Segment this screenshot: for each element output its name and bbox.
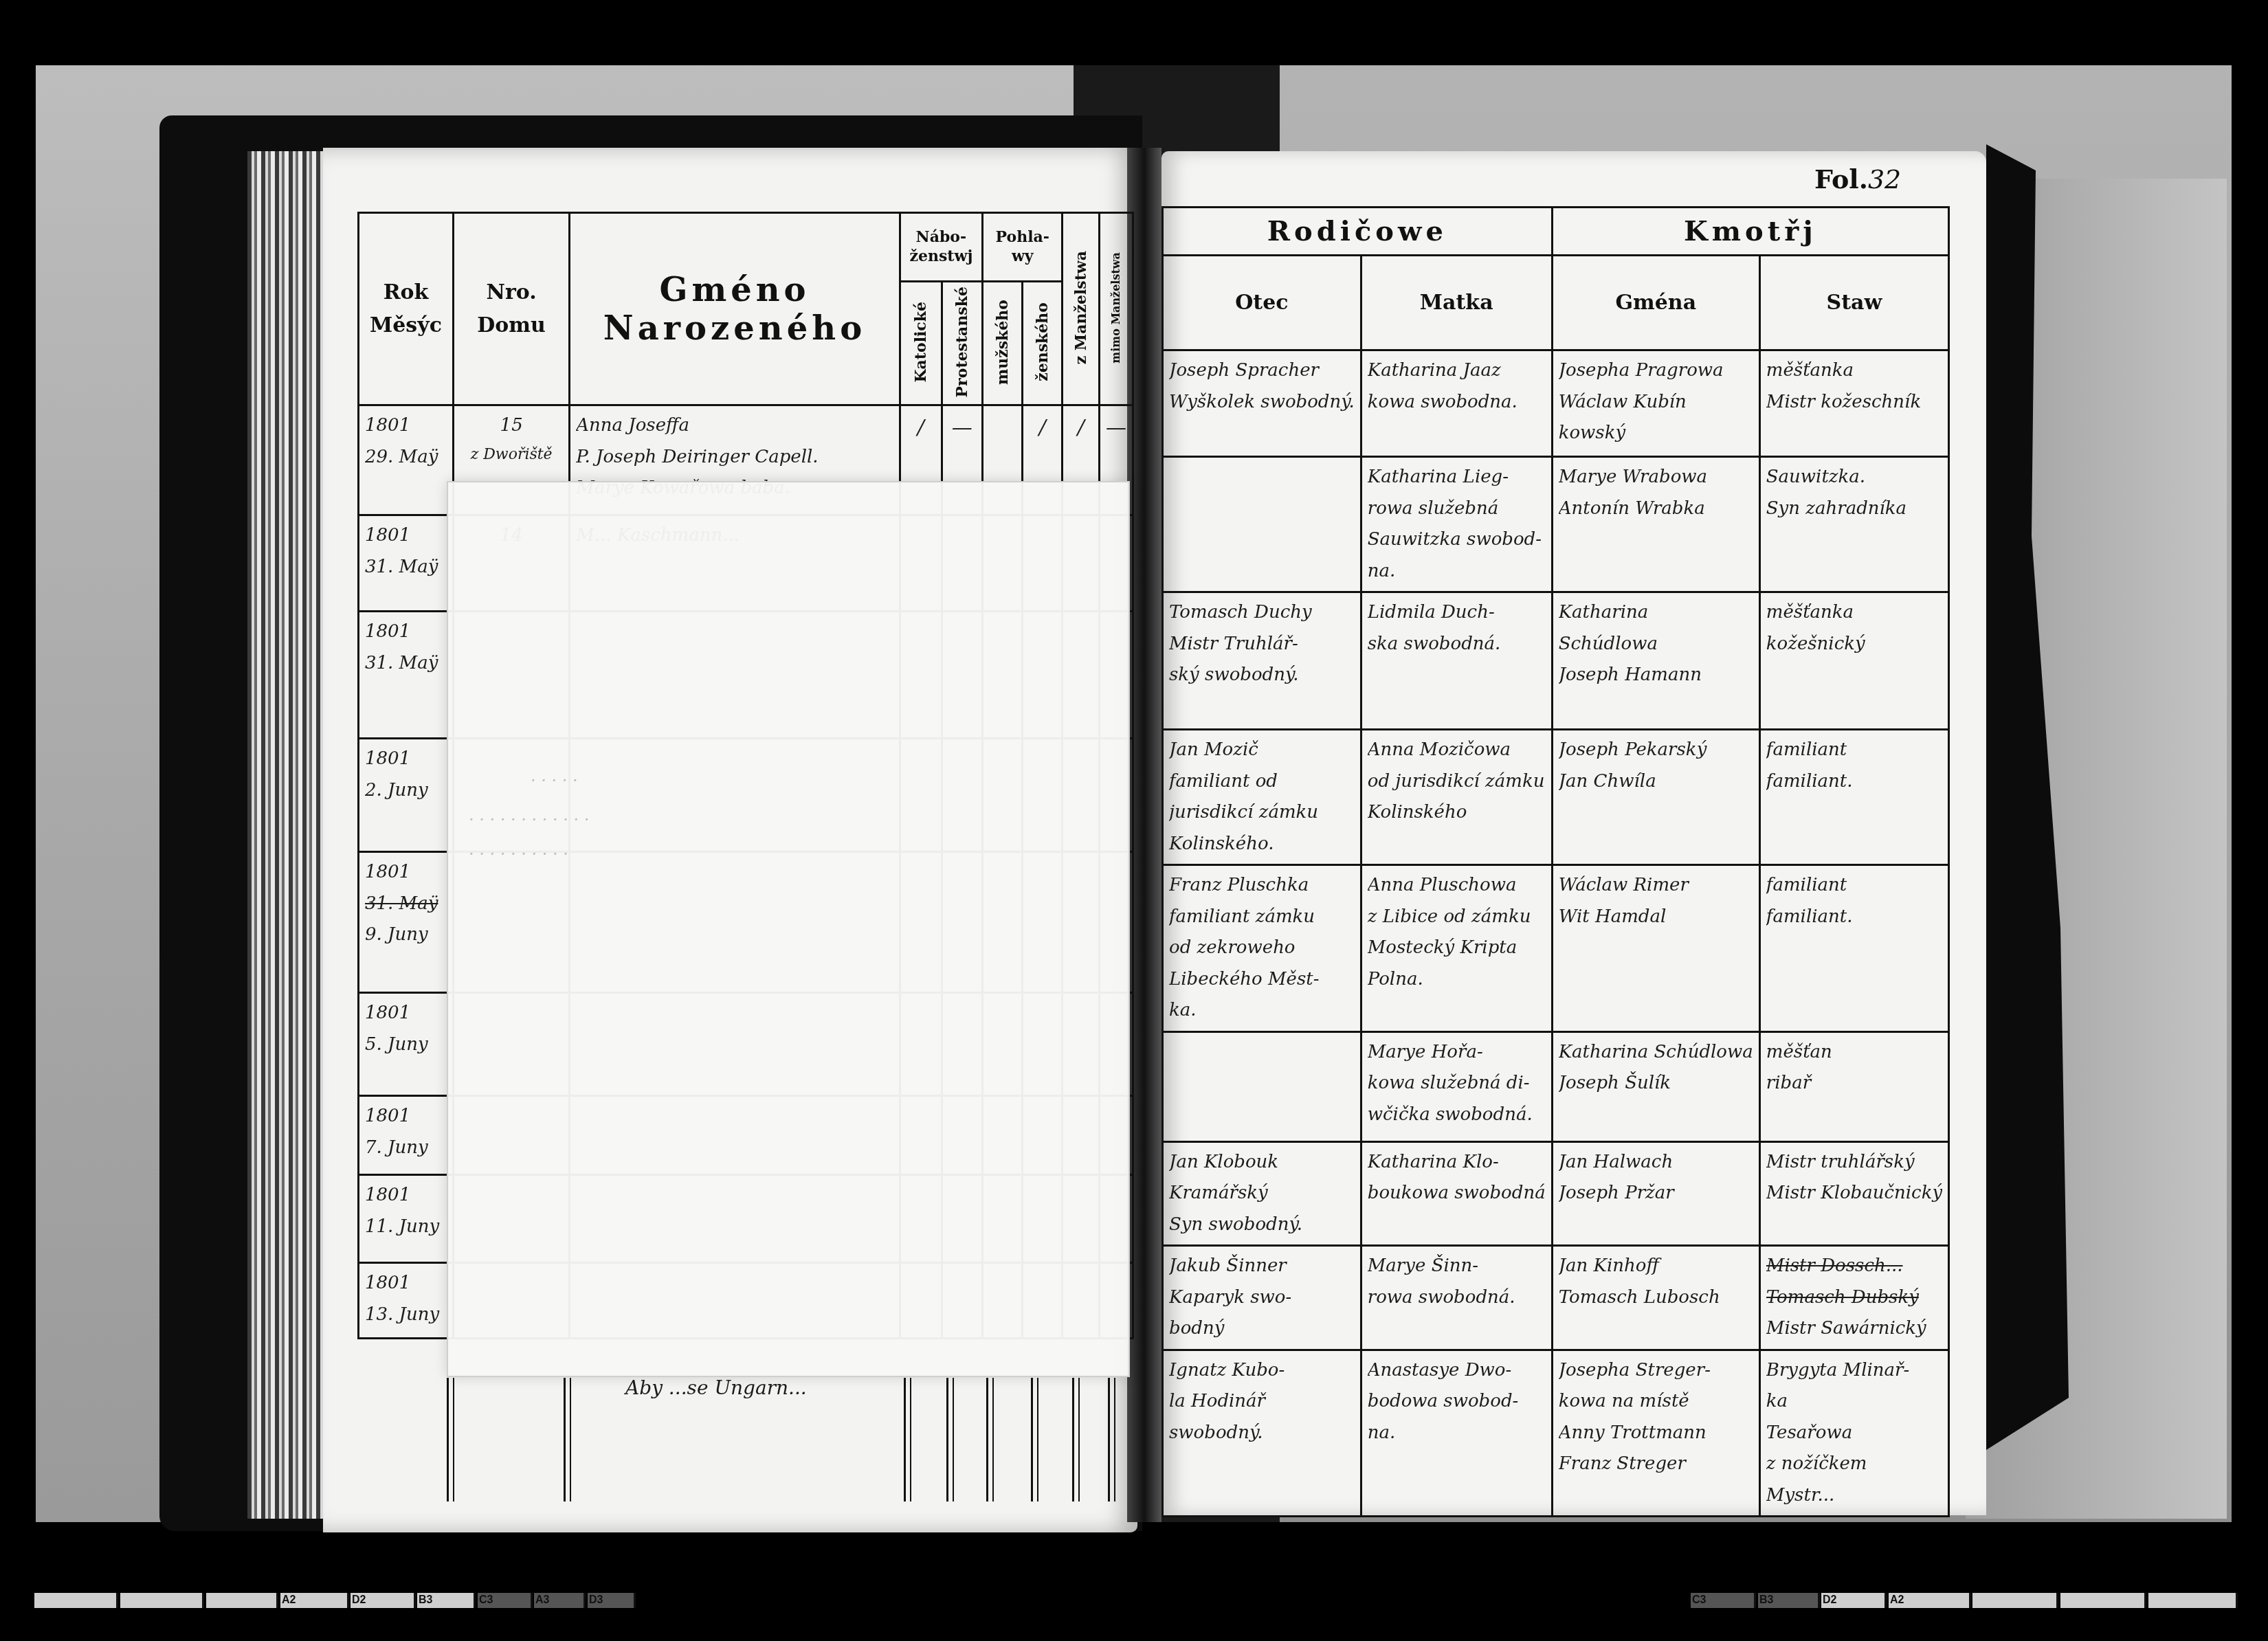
entry-year: 1801 <box>365 998 447 1029</box>
entry-line: Jan Kinhoff <box>1559 1251 1753 1282</box>
entry-line: Mystr... <box>1766 1480 1942 1512</box>
header-protestant-text: Protestanské <box>953 287 971 397</box>
entry-line: bodowa swobod- <box>1368 1386 1546 1418</box>
entry-line: Franz Streger <box>1559 1449 1753 1480</box>
strip-cell: D3 <box>588 1593 636 1608</box>
entry-line: Mistr Klobaučnický <box>1766 1178 1942 1209</box>
entry-line: ka. <box>1169 995 1355 1027</box>
cell-godparent-status: Sauwitzka.Syn zahradníka <box>1759 457 1948 592</box>
entry-line: z nožíčkem <box>1766 1449 1942 1480</box>
entry-line: Katharina Klo- <box>1368 1147 1546 1179</box>
entry-year: 1801 <box>365 857 447 889</box>
entry-line: jurisdikcí zámku <box>1169 797 1355 829</box>
entry-line: kowský <box>1559 418 1753 449</box>
entry-line: Anna Pluschowa <box>1368 870 1546 902</box>
cell-godparent-names: Jan HalwachJoseph Pržar <box>1552 1141 1759 1246</box>
cell-godparent-names: Josepha PragrowaWáclaw Kubínkowský <box>1552 350 1759 457</box>
entry-line: Wyškolek swobodný. <box>1169 387 1355 418</box>
entry-line: Kaparyk swo- <box>1169 1282 1355 1314</box>
entry-line: Jan Klobouk <box>1169 1147 1355 1179</box>
entry-year: 1801 <box>365 1268 447 1299</box>
entry-date: 2. Juny <box>365 775 447 807</box>
entry-line: familiant <box>1766 735 1942 766</box>
table-row: Tomasch DuchyMistr Truhlář-ský swobodný.… <box>1163 592 1949 730</box>
entry-line: Anny Trottmann <box>1559 1418 1753 1449</box>
mark: — <box>1106 410 1126 447</box>
strip-cell: C3 <box>1691 1593 1756 1608</box>
cell-father: Tomasch DuchyMistr Truhlář-ský swobodný. <box>1163 592 1361 730</box>
entry-year: 1801 <box>365 1101 447 1132</box>
strip-cell <box>206 1593 278 1608</box>
mark: / <box>1069 410 1092 447</box>
cell-date: 18015. Juny <box>359 993 454 1096</box>
cell-father <box>1163 1031 1361 1141</box>
entry-line: Marye Wrabowa <box>1559 462 1753 493</box>
entry-line: ribař <box>1766 1068 1942 1099</box>
strip-cell: A2 <box>1889 1593 1971 1608</box>
folio-prefix: Fol. <box>1814 164 1868 194</box>
folio-number: 32 <box>1868 164 1901 194</box>
entry-date-struck: 31. Maÿ <box>365 889 447 920</box>
cell-mother: Katharina Lieg-rowa služebnáSauwitzka sw… <box>1361 457 1552 592</box>
entry-line: Tomasch Lubosch <box>1559 1282 1753 1314</box>
entry-line: Franz Pluschka <box>1169 870 1355 902</box>
entry-line: od jurisdikcí zámku <box>1368 766 1546 798</box>
cell-date: 180129. Maÿ <box>359 405 454 515</box>
strip-cell <box>1972 1593 2058 1608</box>
cell-godparent-status: měšťanribař <box>1759 1031 1948 1141</box>
entry-name-line: Anna Joseffa <box>576 410 893 442</box>
entry-line: Jan Chwíla <box>1559 766 1753 798</box>
entry-line: familiant zámku <box>1169 902 1355 933</box>
cell-godparent-names: KatharinaSchúdlowaJoseph Hamann <box>1552 592 1759 730</box>
header-sex-line2: wy <box>1012 247 1034 265</box>
strip-cell <box>120 1593 204 1608</box>
entry-date: 7. Juny <box>365 1132 447 1164</box>
header-male: mužského <box>983 282 1023 405</box>
cell-date: 180131. Maÿ <box>359 612 454 739</box>
cell-mother: Anastasye Dwo-bodowa swobod-na. <box>1361 1350 1552 1517</box>
cell-father <box>1163 457 1361 592</box>
entry-line: Anastasye Dwo- <box>1368 1355 1546 1387</box>
entry-line: Syn swobodný. <box>1169 1209 1355 1241</box>
column-rule <box>904 1378 911 1502</box>
header-protestant: Protestanské <box>942 282 982 405</box>
entry-line: familiant. <box>1766 902 1942 933</box>
entry-line: rowa swobodná. <box>1368 1282 1546 1314</box>
inserted-paper-slip: · · · · · . . . . . . . . . . . . . . . … <box>447 481 1130 1377</box>
entry-date: 9. Juny <box>365 919 447 951</box>
entry-line: Kolinského. <box>1169 829 1355 860</box>
entry-line: Anna Mozičowa <box>1368 735 1546 766</box>
header-house-number: Nro. Domu <box>454 213 570 405</box>
table-row: Jan Mozičfamiliant odjurisdikcí zámkuKol… <box>1163 730 1949 865</box>
entry-line: Kramářský <box>1169 1178 1355 1209</box>
entry-line: kowa služebná di- <box>1368 1068 1546 1099</box>
entry-line: Marye Hořa- <box>1368 1037 1546 1069</box>
entry-line: Jan Halwach <box>1559 1147 1753 1179</box>
cell-godparent-names: Josepha Streger-kowa na místěAnny Trottm… <box>1552 1350 1759 1517</box>
entry-line: rowa služebná <box>1368 493 1546 525</box>
header-catholic-text: Katolické <box>912 302 930 383</box>
table-row: Jan KloboukKramářskýSyn swobodný. Kathar… <box>1163 1141 1949 1246</box>
cell-godparent-status: Mistr truhlářskýMistr Klobaučnický <box>1759 1141 1948 1246</box>
entry-date: 11. Juny <box>365 1212 447 1243</box>
cell-date: 180111. Juny <box>359 1175 454 1263</box>
table-row: Jakub ŠinnerKaparyk swo-bodný Marye Šinn… <box>1163 1246 1949 1350</box>
entry-line: ka <box>1766 1386 1942 1418</box>
cell-father: Ignatz Kubo-la Hodinářswobodný. <box>1163 1350 1361 1517</box>
cell-date: 180131. Maÿ <box>359 515 454 612</box>
table-row: Franz Pluschkafamiliant zámkuod zekroweh… <box>1163 865 1949 1032</box>
strip-cell: A3 <box>534 1593 586 1608</box>
entry-line: Sauwitzka swobod- <box>1368 524 1546 556</box>
entry-line: Tesařowa <box>1766 1418 1942 1449</box>
entry-line: z Libice od zámku <box>1368 902 1546 933</box>
strip-cell <box>2148 1593 2238 1608</box>
entry-line: Syn zahradníka <box>1766 493 1942 525</box>
cell-mother: Lidmila Duch-ska swobodná. <box>1361 592 1552 730</box>
header-male-text: mužského <box>994 300 1012 385</box>
cell-date: 18012. Juny <box>359 739 454 852</box>
header-godparents: Kmotřj <box>1552 208 1948 256</box>
header-religion-line2: ženstwj <box>909 247 972 265</box>
cell-date: 180113. Juny <box>359 1263 454 1339</box>
strip-cell: D2 <box>351 1593 416 1608</box>
entry-year: 1801 <box>365 410 447 442</box>
cell-godparent-names: Jan KinhoffTomasch Lubosch <box>1552 1246 1759 1350</box>
cell-mother: Marye Šinn-rowa swobodná. <box>1361 1246 1552 1350</box>
entry-line: Sauwitzka. <box>1766 462 1942 493</box>
right-register-table: Rodičowe Kmotřj Otec Matka Gména Staw Jo… <box>1161 206 1950 1517</box>
entry-line: Mistr kožeschník <box>1766 387 1942 418</box>
header-religion: Nábo- ženstwj <box>900 213 982 282</box>
entry-line: Brygyta Mlinař- <box>1766 1355 1942 1387</box>
entry-line: kowa na místě <box>1559 1386 1753 1418</box>
entry-line: Joseph Pržar <box>1559 1178 1753 1209</box>
entry-line-struck: Tomasch Dubský <box>1766 1282 1942 1314</box>
faint-bleed-text: . . . . . . . . . . <box>469 840 568 859</box>
header-rok: Rok <box>383 280 429 304</box>
entry-line: ský swobodný. <box>1169 660 1355 691</box>
entry-line: Wáclaw Kubín <box>1559 387 1753 418</box>
entry-line: Katharina Schúdlowa <box>1559 1037 1753 1069</box>
entry-line: Katharina <box>1559 597 1753 629</box>
strip-cell: C3 <box>478 1593 533 1608</box>
header-mother: Matka <box>1361 256 1552 350</box>
cell-father: Joseph SpracherWyškolek swobodný. <box>1163 350 1361 457</box>
entry-line: familiant <box>1766 870 1942 902</box>
entry-line: Josepha Streger- <box>1559 1355 1753 1387</box>
entry-line: Tomasch Duchy <box>1169 597 1355 629</box>
entry-date: 31. Maÿ <box>365 648 447 680</box>
entry-line: na. <box>1368 556 1546 588</box>
entry-line: Libeckého Měst- <box>1169 964 1355 996</box>
entry-line: Katharina Lieg- <box>1368 462 1546 493</box>
cell-godparent-names: Katharina SchúdlowaJoseph Šulík <box>1552 1031 1759 1141</box>
column-rule <box>1031 1378 1038 1502</box>
cell-date: 180131. Maÿ9. Juny <box>359 852 454 993</box>
entry-year: 1801 <box>365 744 447 775</box>
header-illegitimate-text: mimo Manželstwa <box>1109 252 1122 364</box>
strip-cell <box>34 1593 118 1608</box>
entry-line: Mostecký Kripta <box>1368 933 1546 964</box>
entry-date: 31. Maÿ <box>365 552 447 583</box>
cell-date: 18017. Juny <box>359 1096 454 1175</box>
cell-father: Jan KloboukKramářskýSyn swobodný. <box>1163 1141 1361 1246</box>
cell-mother: Marye Hořa-kowa služebná di-wčička swobo… <box>1361 1031 1552 1141</box>
entry-line: ska swobodná. <box>1368 629 1546 660</box>
entry-line: Joseph Pekarský <box>1559 735 1753 766</box>
entry-year: 1801 <box>365 520 447 552</box>
cell-mother: Anna Pluschowaz Libice od zámkuMostecký … <box>1361 865 1552 1032</box>
entry-line: Mistr Truhlář- <box>1169 629 1355 660</box>
entry-line: Wáclaw Rimer <box>1559 870 1753 902</box>
cell-father: Franz Pluschkafamiliant zámkuod zekroweh… <box>1163 865 1361 1032</box>
header-year-month: Rok Měsýc <box>359 213 454 405</box>
header-legitimate-text: z Manželstwa <box>1072 251 1090 364</box>
entry-line: na. <box>1368 1418 1546 1449</box>
header-mesic: Měsýc <box>370 313 442 337</box>
header-sex: Pohla- wy <box>983 213 1063 282</box>
column-rule <box>447 1378 454 1502</box>
entry-line-struck: Mistr Dossch... <box>1766 1251 1942 1282</box>
entry-line: Wit Hamdal <box>1559 902 1753 933</box>
table-row: Katharina Lieg-rowa služebnáSauwitzka sw… <box>1163 457 1949 592</box>
page-edges-stack <box>247 151 330 1519</box>
cell-mother: Katharina Jaazkowa swobodna. <box>1361 350 1552 457</box>
header-legitimate: z Manželstwa <box>1063 213 1099 405</box>
cell-mother: Katharina Klo-boukowa swobodná <box>1361 1141 1552 1246</box>
cell-mother: Anna Mozičowaod jurisdikcí zámkuKolinské… <box>1361 730 1552 865</box>
cell-godparent-names: Marye WrabowaAntonín Wrabka <box>1552 457 1759 592</box>
header-name-of-born: Gméno Narozeného <box>570 213 900 405</box>
cell-godparent-status: měšťankakožešnický <box>1759 592 1948 730</box>
column-rule <box>564 1378 571 1502</box>
mark: / <box>1029 410 1056 447</box>
entry-line: Lidmila Duch- <box>1368 597 1546 629</box>
entry-line: měšťanka <box>1766 597 1942 629</box>
header-status: Staw <box>1759 256 1948 350</box>
entry-line: Ignatz Kubo- <box>1169 1355 1355 1387</box>
entry-house: 15 <box>460 410 563 442</box>
entry-year: 1801 <box>365 1180 447 1212</box>
cell-father: Jan Mozičfamiliant odjurisdikcí zámkuKol… <box>1163 730 1361 865</box>
entry-line: Jakub Šinner <box>1169 1251 1355 1282</box>
cell-godparent-status: Mistr Dossch...Tomasch DubskýMistr Sawár… <box>1759 1246 1948 1350</box>
entry-line: Mistr Sawárnický <box>1766 1313 1942 1345</box>
entry-line: Schúdlowa <box>1559 629 1753 660</box>
entry-line: Antonín Wrabka <box>1559 493 1753 525</box>
strip-cell <box>2060 1593 2146 1608</box>
table-row: Ignatz Kubo-la Hodinářswobodný. Anastasy… <box>1163 1350 1949 1517</box>
folio-label: Fol.32 <box>1814 164 1901 194</box>
header-illegitimate: mimo Manželstwa <box>1099 213 1133 405</box>
mark: / <box>907 410 935 447</box>
header-religion-line1: Nábo- <box>916 228 967 246</box>
film-calibration-strip-right: C3 B3 D2 A2 <box>1691 1593 2268 1608</box>
entry-line: od zekroweho <box>1169 933 1355 964</box>
strip-cell: D2 <box>1821 1593 1887 1608</box>
entry-house-note: z Dwořiště <box>460 442 563 469</box>
column-rule <box>986 1378 994 1502</box>
header-gmeno: Gméno <box>659 271 810 309</box>
film-calibration-strip-left: A2 D2 B3 C3 A3 D3 <box>34 1593 722 1608</box>
header-narozeneho: Narozeného <box>603 309 866 348</box>
cell-godparent-names: Wáclaw RimerWit Hamdal <box>1552 865 1759 1032</box>
header-female: ženského <box>1023 282 1063 405</box>
cell-godparent-status: familiantfamiliant. <box>1759 730 1948 865</box>
header-domu: Domu <box>477 313 546 337</box>
entry-date: 5. Juny <box>365 1029 447 1061</box>
strip-cell: B3 <box>1758 1593 1820 1608</box>
header-female-text: ženského <box>1034 302 1052 381</box>
entry-line: bodný <box>1169 1313 1355 1345</box>
cell-godparent-names: Joseph PekarskýJan Chwíla <box>1552 730 1759 865</box>
header-parents: Rodičowe <box>1163 208 1553 256</box>
column-rule <box>1072 1378 1080 1502</box>
entry-line: Joseph Hamann <box>1559 660 1753 691</box>
cell-father: Jakub ŠinnerKaparyk swo-bodný <box>1163 1246 1361 1350</box>
entry-line: familiant. <box>1766 766 1942 798</box>
cell-godparent-status: Brygyta Mlinař-kaTesařowaz nožíčkemMystr… <box>1759 1350 1948 1517</box>
header-father: Otec <box>1163 256 1361 350</box>
entry-line: Mistr truhlářský <box>1766 1147 1942 1179</box>
entry-line: la Hodinář <box>1169 1386 1355 1418</box>
entry-line: Josepha Pragrowa <box>1559 355 1753 387</box>
entry-date: 13. Juny <box>365 1299 447 1331</box>
strip-cell: B3 <box>417 1593 476 1608</box>
entry-line: kowa swobodna. <box>1368 387 1546 418</box>
entry-line: boukowa swobodná <box>1368 1178 1546 1209</box>
entry-line: wčička swobodná. <box>1368 1099 1546 1131</box>
header-names: Gména <box>1552 256 1759 350</box>
faint-bleed-text: . . . . . . . . . . . . <box>469 805 589 825</box>
column-rule <box>946 1378 954 1502</box>
entry-line: měšťan <box>1766 1037 1942 1069</box>
table-row: Marye Hořa-kowa služebná di-wčička swobo… <box>1163 1031 1949 1141</box>
entry-line: Polna. <box>1368 964 1546 996</box>
entry-line: Joseph Spracher <box>1169 355 1355 387</box>
table-row: Joseph SpracherWyškolek swobodný. Kathar… <box>1163 350 1949 457</box>
strip-cell: A2 <box>280 1593 349 1608</box>
entry-line: familiant od <box>1169 766 1355 798</box>
mark: — <box>948 410 976 447</box>
entry-line: Katharina Jaaz <box>1368 355 1546 387</box>
faint-bleed-text: · · · · · <box>531 771 578 790</box>
entry-name-line: P. Joseph Deiringer Capell. <box>576 442 893 473</box>
cell-godparent-status: familiantfamiliant. <box>1759 865 1948 1032</box>
cell-godparent-status: měšťankaMistr kožeschník <box>1759 350 1948 457</box>
column-rule <box>1108 1378 1115 1502</box>
entry-date: 29. Maÿ <box>365 442 447 473</box>
entry-line: Joseph Šulík <box>1559 1068 1753 1099</box>
entry-line: Marye Šinn- <box>1368 1251 1546 1282</box>
header-catholic: Katolické <box>900 282 942 405</box>
entry-year: 1801 <box>365 616 447 648</box>
entry-line: kožešnický <box>1766 629 1942 660</box>
header-nro: Nro. <box>487 280 537 304</box>
entry-line: Kolinského <box>1368 797 1546 829</box>
header-sex-line1: Pohla- <box>996 228 1049 246</box>
entry-line: swobodný. <box>1169 1418 1355 1449</box>
entry-line: měšťanka <box>1766 355 1942 387</box>
entry-line: Jan Mozič <box>1169 735 1355 766</box>
